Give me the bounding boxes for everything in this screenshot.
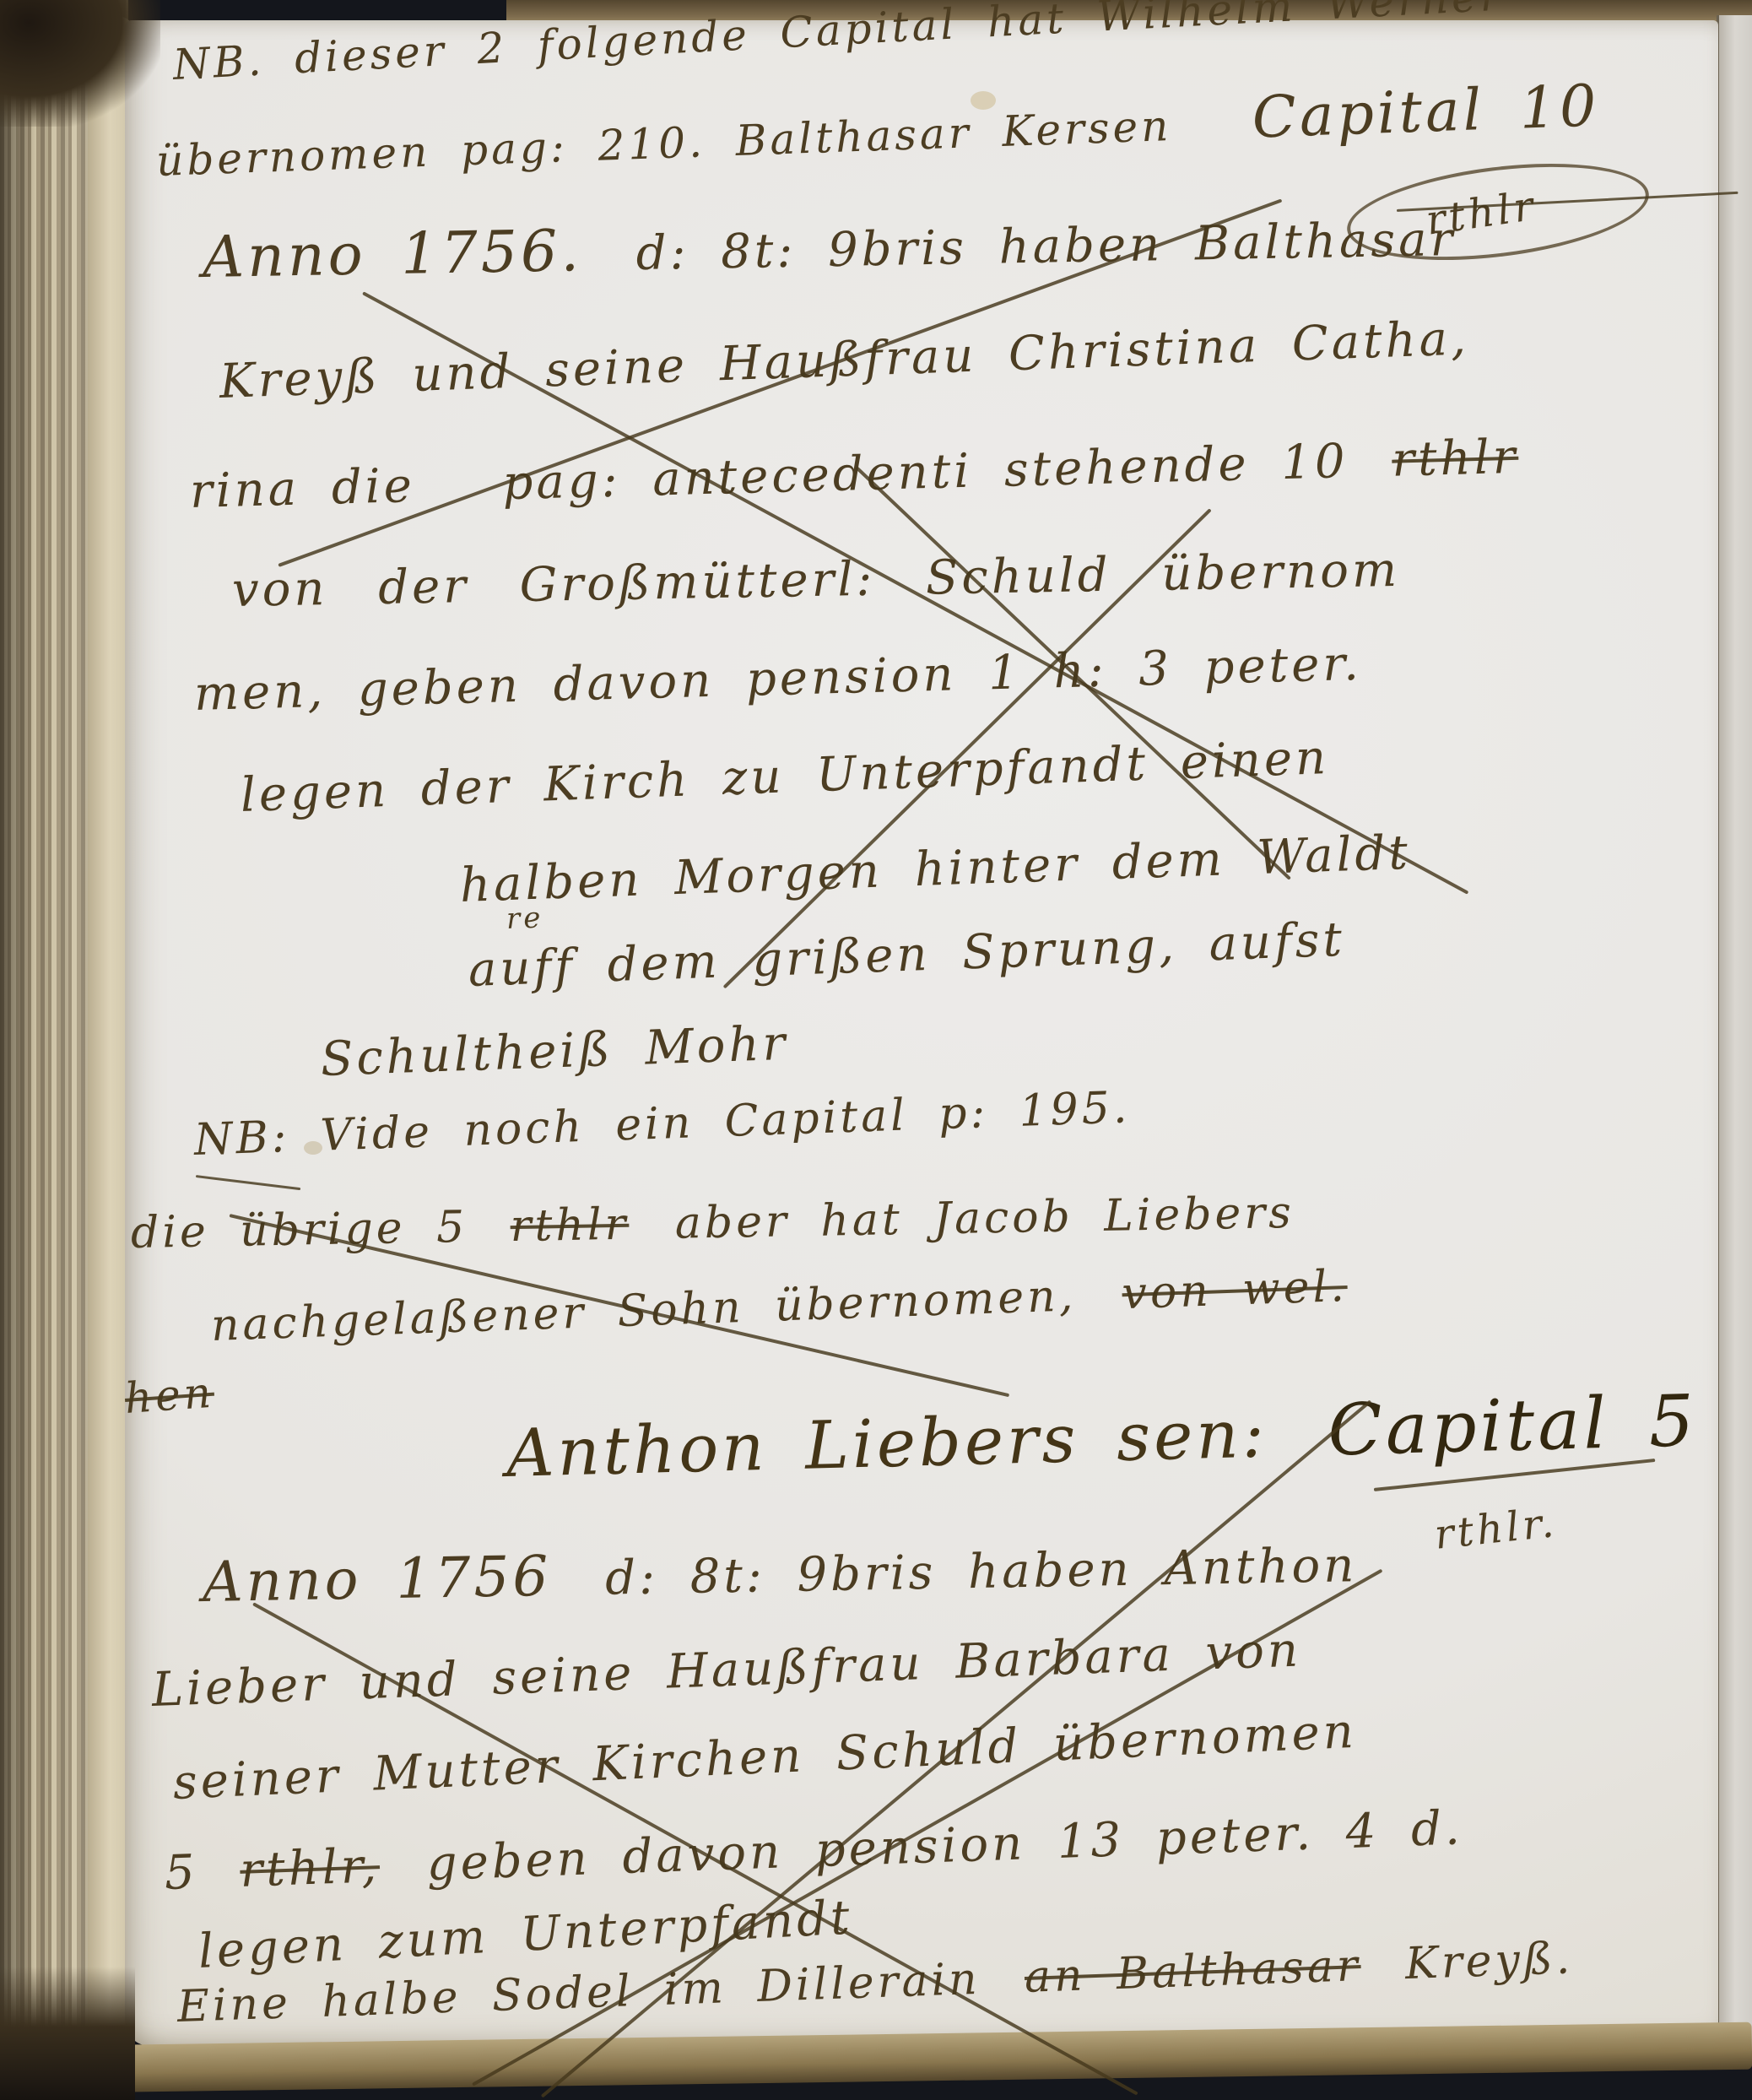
- entry2-line-4-unit-struck: rthlr,: [239, 1838, 381, 1898]
- entry1-line-8-insert: re: [506, 903, 544, 934]
- entry1-line-3-start: rina die: [189, 458, 415, 519]
- entry1-line-3-unit-struck: rthlr: [1391, 430, 1519, 488]
- manuscript-photo: NB. dieser 2 folgende Capital hat Wilhel…: [0, 0, 1752, 2100]
- entry2-heading-unit: rthlr.: [1432, 1502, 1559, 1556]
- entry1-line-12-struck: von wel.: [1122, 1261, 1349, 1319]
- entry1-line-13-struck: hen: [123, 1372, 215, 1420]
- entry2-heading-capital: Capital 5: [1327, 1379, 1698, 1471]
- worn-corner: [0, 0, 160, 127]
- next-page-edge: [1717, 15, 1752, 2051]
- entry2-line-4-start: 5: [164, 1845, 199, 1901]
- entry1-line-11-rest: aber hat Jacob Liebers: [674, 1188, 1295, 1249]
- entry2-line-6-end: Kreyß.: [1404, 1933, 1574, 1989]
- entry1-line-11-unit-struck: rthlr: [510, 1199, 630, 1252]
- entry1-anno: Anno 1756.: [202, 218, 582, 291]
- gutter-foot-shadow: [0, 1967, 135, 2100]
- note-capital-amount: Capital 10: [1251, 73, 1600, 151]
